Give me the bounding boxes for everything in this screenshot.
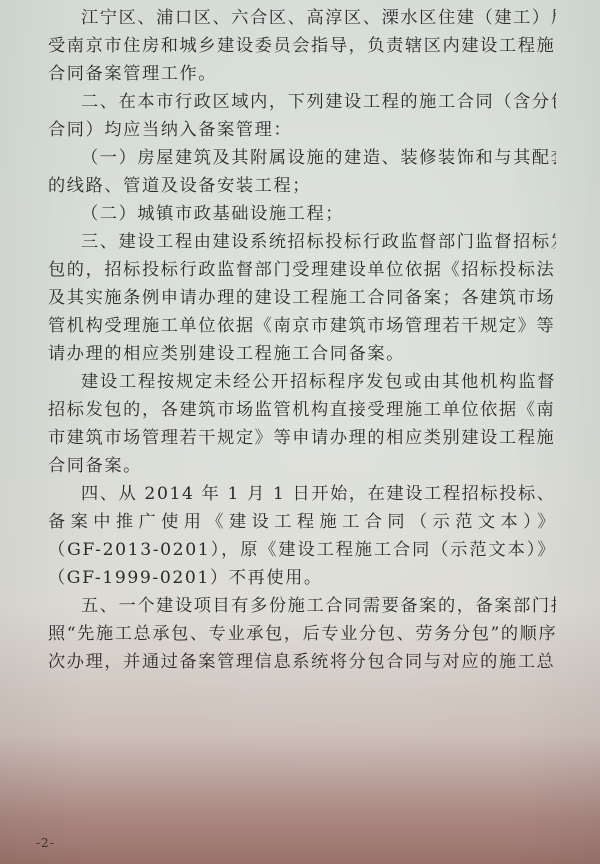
paragraph-line: 的线路、管道及设备安装工程； — [48, 172, 556, 200]
paragraph-line: 三、建设工程由建设系统招标投标行政监督部门监督招标发 — [48, 228, 556, 256]
paragraph-line: 备案中推广使用《建设工程施工合同（示范文本）》 — [48, 508, 556, 536]
paragraph-line: （一）房屋建筑及其附属设施的建造、装修装饰和与其配套 — [48, 144, 556, 172]
paragraph-line: （GF-2013-0201），原《建设工程施工合同（示范文本）》 — [48, 536, 556, 564]
paragraph-line: 五、一个建设项目有多份施工合同需要备案的，备案部门按 — [48, 592, 556, 620]
paragraph-line: 请办理的相应类别建设工程施工合同备案。 — [48, 340, 556, 368]
paragraph-line: 合同备案管理工作。 — [48, 60, 556, 88]
paragraph-line: 合同）均应当纳入备案管理： — [48, 116, 556, 144]
paragraph-line: （二）城镇市政基础设施工程； — [48, 200, 556, 228]
paragraph-line: 市建筑市场管理若干规定》等申请办理的相应类别建设工程施工 — [48, 424, 556, 452]
paragraph-line: 建设工程按规定未经公开招标程序发包或由其他机构监督 — [48, 368, 556, 396]
paragraph-line: 合同备案。 — [48, 452, 556, 480]
paragraph-line: 招标发包的，各建筑市场监管机构直接受理施工单位依据《南京 — [48, 396, 556, 424]
paragraph-line: 四、从 2014 年 1 月 1 日开始，在建设工程招标投标、合同 — [48, 480, 556, 508]
paragraph-line: 包的，招标投标行政监督部门受理建设单位依据《招标投标法》 — [48, 256, 556, 284]
document-body: 江宁区、浦口区、六合区、高淳区、溧水区住建（建工）局 受南京市住房和城乡建设委员… — [48, 4, 556, 676]
paragraph-line: 及其实施条例申请办理的建设工程施工合同备案；各建筑市场监 — [48, 284, 556, 312]
page-number: -2- — [36, 836, 55, 850]
paragraph-line: 照“先施工总承包、专业承包，后专业分包、劳务分包”的顺序依 — [48, 620, 556, 648]
paragraph-line: （GF-1999-0201）不再使用。 — [48, 564, 556, 592]
paragraph-line: 二、在本市行政区域内，下列建设工程的施工合同（含分包 — [48, 88, 556, 116]
paragraph-line: 次办理，并通过备案管理信息系统将分包合同与对应的施工总承 — [48, 648, 556, 676]
paragraph-line: 江宁区、浦口区、六合区、高淳区、溧水区住建（建工）局 — [48, 4, 556, 32]
paragraph-line: 管机构受理施工单位依据《南京市建筑市场管理若干规定》等申 — [48, 312, 556, 340]
paragraph-line: 受南京市住房和城乡建设委员会指导，负责辖区内建设工程施工 — [48, 32, 556, 60]
